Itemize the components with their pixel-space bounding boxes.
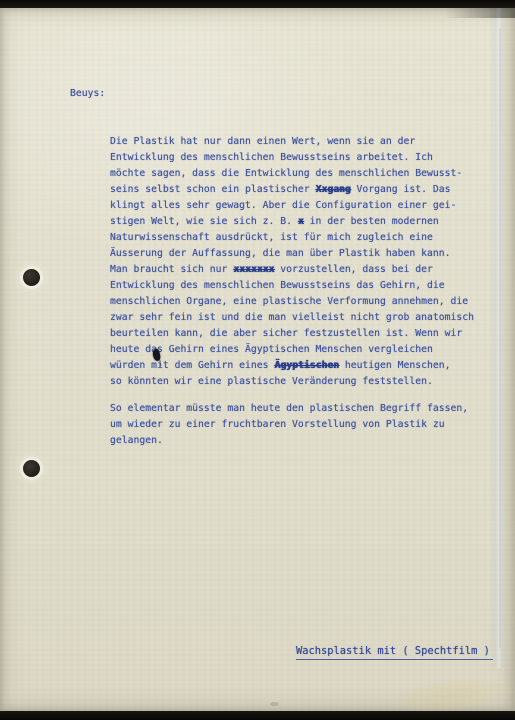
text-line: zwar sehr fein ist und die man vielleist…: [110, 310, 490, 326]
overstruck-word: Xxgang: [315, 184, 350, 195]
text-segment: in der besten modernen: [304, 216, 439, 227]
paper-sheet: Beuys: Die Plastik hat nur dann einen We…: [0, 8, 515, 711]
text-line: um wieder zu einer fruchtbaren Vorstellu…: [110, 417, 490, 433]
text-segment: stigen Welt, wie sie sich z. B.: [110, 216, 298, 227]
text-line: Man braucht sich nur xxxxxxx vorzustelle…: [110, 262, 490, 278]
scan-corner-shadow: [445, 8, 515, 18]
text-segment: möchte sagen, dass die Entwicklung des m…: [110, 168, 462, 179]
paragraph: Die Plastik hat nur dann einen Wert, wen…: [70, 134, 490, 390]
text-segment: zwar sehr fein ist und die man vielleist…: [110, 312, 474, 323]
text-line: So elementar müsste man heute den plasti…: [110, 401, 490, 417]
text-segment: Äusserung der Auffassung, die man über P…: [110, 248, 450, 259]
text-segment: klingt alles sehr gewagt. Aber die Confi…: [110, 200, 456, 211]
hole-punch-top: [23, 269, 40, 286]
typewritten-text: Beuys: Die Plastik hat nur dann einen We…: [70, 86, 490, 481]
text-segment: seins selbst schon ein plastischer: [110, 184, 315, 195]
text-line: heute das Gehirn eines Ägyptischen Mensc…: [110, 342, 490, 358]
text-line: Äusserung der Auffassung, die man über P…: [110, 246, 490, 262]
text-line: Naturwissenschaft ausdrückt, ist für mic…: [110, 230, 490, 246]
scan-border-top: [0, 0, 515, 8]
text-line: möchte sagen, dass die Entwicklung des m…: [110, 166, 490, 182]
text-line: seins selbst schon ein plastischer Xxgan…: [110, 182, 490, 198]
text-segment: gelangen.: [110, 435, 163, 446]
text-line: Die Plastik hat nur dann einen Wert, wen…: [110, 134, 490, 150]
paper-mark: [270, 702, 279, 706]
text-segment: Entwicklung des menschlichen Bewusstsein…: [110, 152, 433, 163]
text-segment: Naturwissenschaft ausdrückt, ist für mic…: [110, 232, 433, 243]
text-line: gelangen.: [110, 433, 490, 449]
text-line: Entwicklung des menschlichen Bewusstsein…: [110, 150, 490, 166]
text-line: so könnten wir eine plastische Veränderu…: [110, 374, 490, 390]
paragraph: So elementar müsste man heute den plasti…: [70, 401, 490, 449]
text-segment: menschlichen Organe, eine plastische Ver…: [110, 296, 468, 307]
overstruck-word: Ägyptischen: [274, 360, 339, 371]
scan-streak-artifact: [490, 8, 506, 668]
text-segment: So elementar müsste man heute den plasti…: [110, 403, 468, 414]
text-segment: Entwicklung des menschlichen Bewusstsein…: [110, 280, 445, 291]
speaker-label: Beuys:: [70, 86, 105, 102]
text-line: würden mit dem Gehirn eines Ägyptischen …: [110, 358, 490, 374]
text-line: klingt alles sehr gewagt. Aber die Confi…: [110, 198, 490, 214]
text-segment: so könnten wir eine plastische Veränderu…: [110, 376, 433, 387]
text-segment: Man braucht sich nur: [110, 264, 233, 275]
text-segment: vorzustellen, dass bei der: [274, 264, 433, 275]
text-line: menschlichen Organe, eine plastische Ver…: [110, 294, 490, 310]
caption-underlined: Wachsplastik mit ( Spechtfilm ): [296, 645, 493, 660]
scanned-document-page: Beuys: Die Plastik hat nur dann einen We…: [0, 0, 515, 720]
hole-punch-bottom: [23, 460, 40, 477]
scan-border-bottom: [0, 711, 515, 720]
overstruck-word: xxxxxxx: [233, 264, 274, 275]
paper-stain: [394, 674, 512, 716]
text-segment: würden mit dem Gehirn eines: [110, 360, 274, 371]
text-segment: Vorgang ist. Das: [351, 184, 451, 195]
paragraphs-container: Die Plastik hat nur dann einen Wert, wen…: [70, 134, 490, 449]
text-segment: Die Plastik hat nur dann einen Wert, wen…: [110, 136, 415, 147]
text-line: beurteilen kann, die aber sicher festzus…: [110, 326, 490, 342]
text-segment: beurteilen kann, die aber sicher festzus…: [110, 328, 462, 339]
text-segment: heutigen Menschen,: [339, 360, 451, 371]
text-segment: um wieder zu einer fruchtbaren Vorstellu…: [110, 419, 445, 430]
text-line: stigen Welt, wie sie sich z. B. x in der…: [110, 214, 490, 230]
scan-streak-line: [499, 28, 501, 648]
text-line: Entwicklung des menschlichen Bewusstsein…: [110, 278, 490, 294]
